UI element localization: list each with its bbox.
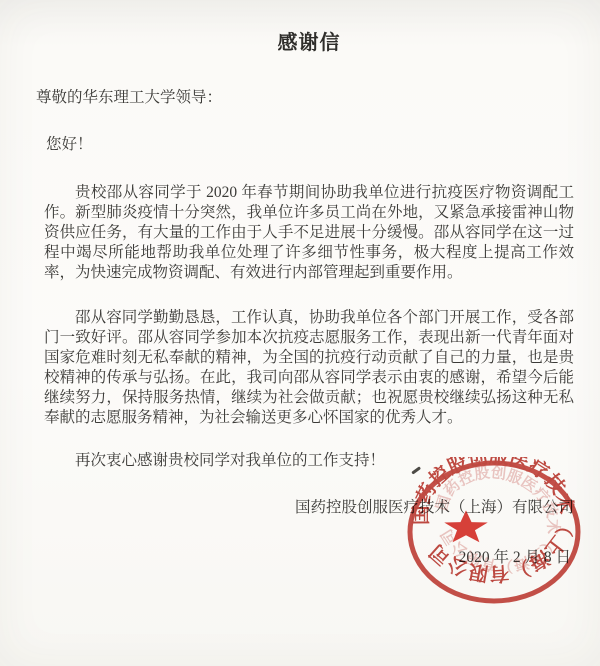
letter-content: 感谢信 尊敬的华东理工大学领导： 您好！ 贵校邵从容同学于 2020 年春节期间…: [0, 0, 600, 568]
greeting: 您好！: [46, 135, 574, 155]
letter-paragraph-2: 邵从容同学勤勤恳恳，工作认真，协助我单位各个部门开展工作，受各部门一致好评。邵从…: [44, 308, 574, 428]
letter-paragraph-1: 贵校邵从容同学于 2020 年春节期间协助我单位进行抗疫医疗物资调配工作。新型肺…: [44, 183, 574, 283]
letter-paragraph-3: 再次衷心感谢贵校同学对我单位的工作支持！: [44, 451, 574, 471]
letter-page: 感谢信 尊敬的华东理工大学领导： 您好！ 贵校邵从容同学于 2020 年春节期间…: [0, 0, 600, 666]
letter-title: 感谢信: [44, 31, 574, 55]
company-signature: 国药控股创服医疗技术（上海）有限公司: [44, 498, 574, 518]
salutation: 尊敬的华东理工大学领导：: [36, 88, 574, 108]
letter-date: 2020 年 2 月 8 日: [44, 548, 574, 568]
